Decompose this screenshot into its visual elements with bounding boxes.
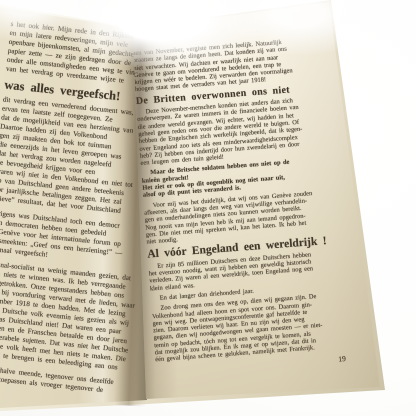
paragraph: Zoo drong men ons den weg op, dien wij g… [151, 290, 361, 364]
left-text-fragments-4: national-socialist na weinig maanden gez… [0, 260, 126, 373]
right-page-text: nen van November, vergiste men zich leel… [132, 35, 362, 376]
photo-open-book: s het ook hier. Mijn rede in den Rijksda… [0, 0, 416, 416]
left-text-fragments-3: verigens was Duitschland toch een democr… [0, 209, 131, 268]
